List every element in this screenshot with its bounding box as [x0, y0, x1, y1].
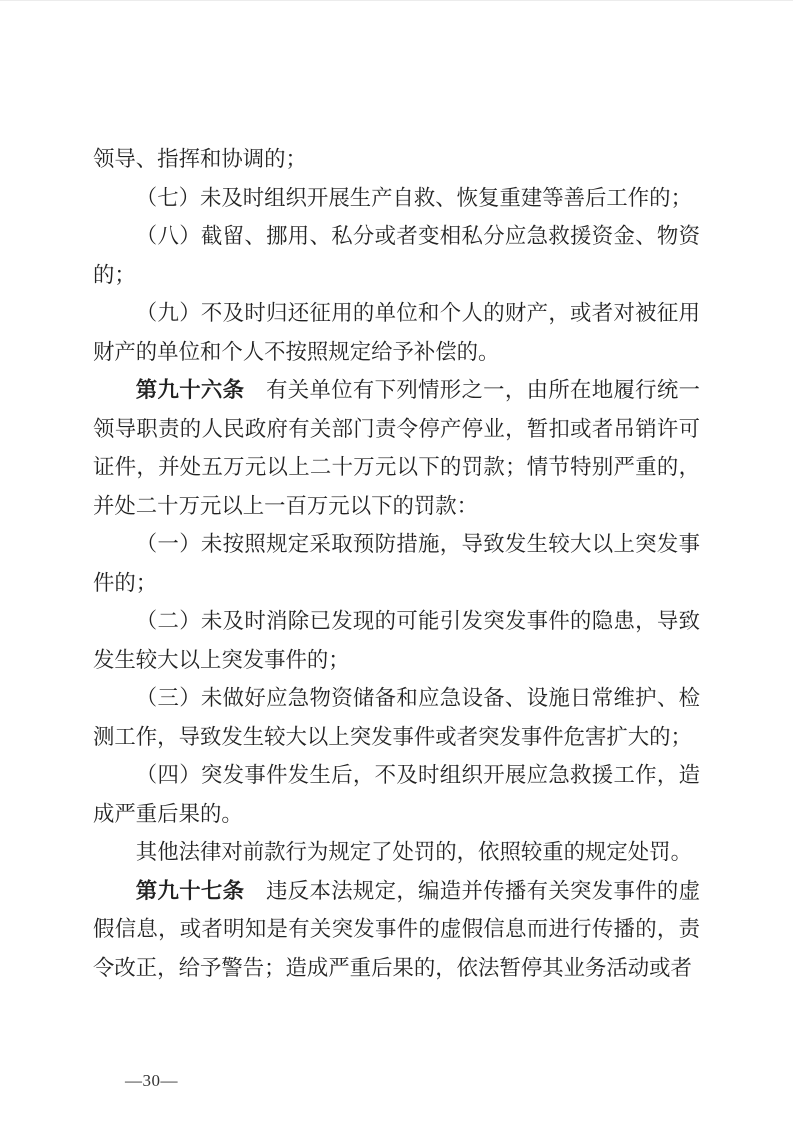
paragraph: （二）未及时消除已发现的可能引发突发事件的隐患，导致发生较大以上突发事件的； — [93, 602, 700, 679]
paragraph: （九）不及时归还征用的单位和个人的财产，或者对被征用财产的单位和个人不按照规定给… — [93, 294, 700, 371]
paragraph: （三）未做好应急物资储备和应急设备、设施日常维护、检测工作，导致发生较大以上突发… — [93, 679, 700, 756]
paragraph: （七）未及时组织开展生产自救、恢复重建等善后工作的； — [93, 179, 700, 218]
document-page: 领导、指挥和协调的；（七）未及时组织开展生产自救、恢复重建等善后工作的；（八）截… — [0, 0, 793, 1122]
page-number: —30— — [125, 1071, 178, 1091]
paragraph: 其他法律对前款行为规定了处罚的，依照较重的规定处罚。 — [93, 833, 700, 872]
article-number: 第九十七条 — [136, 879, 245, 903]
document-body: 领导、指挥和协调的；（七）未及时组织开展生产自救、恢复重建等善后工作的；（八）截… — [93, 140, 700, 987]
paragraph: 领导、指挥和协调的； — [93, 140, 700, 179]
paragraph: 第九十六条 有关单位有下列情形之一，由所在地履行统一领导职责的人民政府有关部门责… — [93, 371, 700, 525]
paragraph: （八）截留、挪用、私分或者变相私分应急救援资金、物资的； — [93, 217, 700, 294]
article-number: 第九十六条 — [136, 378, 245, 402]
paragraph: （一）未按照规定采取预防措施，导致发生较大以上突发事件的； — [93, 525, 700, 602]
paragraph: 第九十七条 违反本法规定，编造并传播有关突发事件的虚假信息，或者明知是有关突发事… — [93, 872, 700, 988]
paragraph: （四）突发事件发生后，不及时组织开展应急救援工作，造成严重后果的。 — [93, 756, 700, 833]
